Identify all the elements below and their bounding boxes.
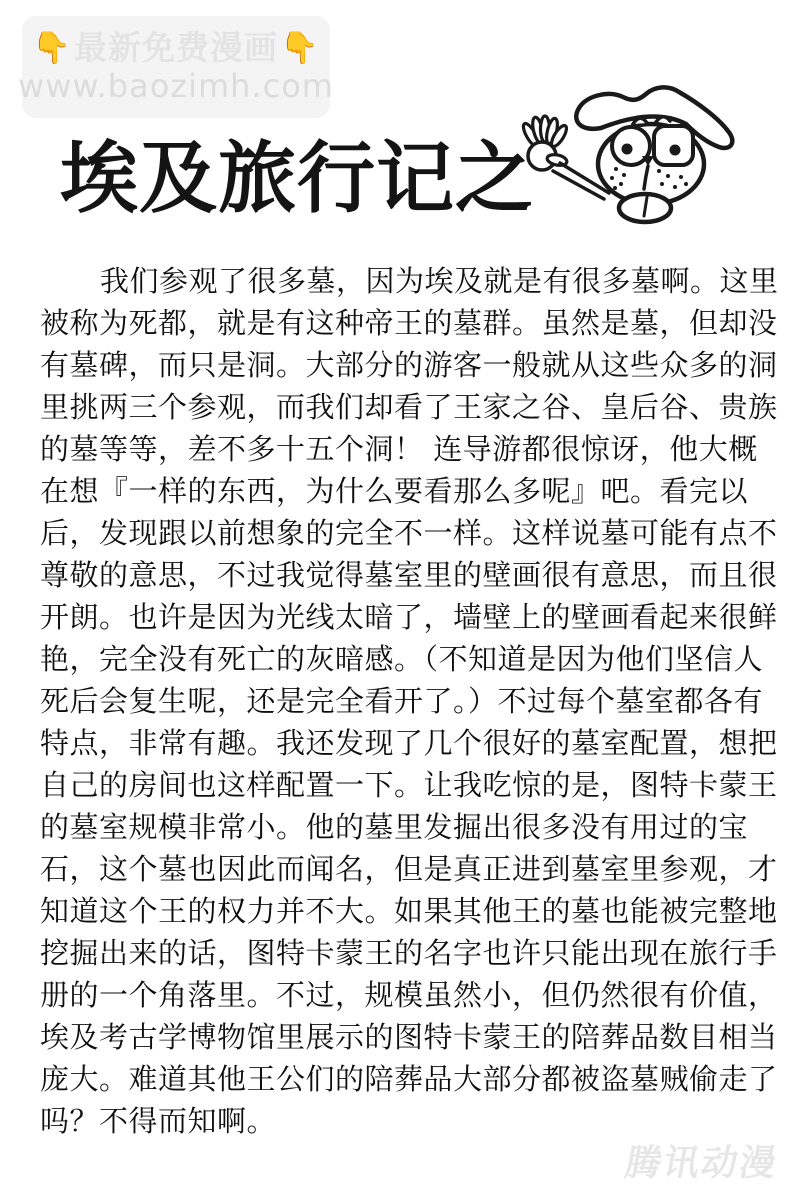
dog-eyebrow-left [633,118,647,124]
article-line: 石，这个墓也因此而闻名，但是真正进到墓室里参观，才 [40,848,754,890]
article-line: 被称为死都，就是有这种帝王的墓群。虽然是墓，但却没 [40,302,754,344]
article-line: 在想『一样的东西，为什么要看那么多呢』吧。看完以 [40,470,754,512]
waving-dog-doodle [505,76,790,261]
article-line: 有墓碑，而只是洞。大部分的游客一般就从这些众多的洞 [40,344,754,386]
pointing-down-emoji-icon: 👇 [32,31,72,65]
article-line: 挖掘出来的话，图特卡蒙王的名字也许只能出现在旅行手 [40,932,754,974]
article-line: 庞大。难道其他王公们的陪葬品大部分都被盗墓贼偷走了 [40,1058,754,1100]
article-line: 后，发现跟以前想象的完全不一样。这样说墓可能有点不 [40,512,754,554]
pointing-down-emoji-icon: 👇 [280,31,320,65]
article-line: 我们参观了很多墓，因为埃及就是有很多墓啊。这里 [40,260,754,302]
article-line: 知道这个王的权力并不大。如果其他王的墓也能被完整地 [40,890,754,932]
dog-pupil-right [670,145,681,156]
dog-pupil-left [622,144,633,155]
article-line: 特点，非常有趣。我还发现了几个很好的墓室配置，想把 [40,722,754,764]
article-line: 的墓室规模非常小。他的墓里发掘出很多没有用过的宝 [40,806,754,848]
article-text: 我们参观了很多墓，因为埃及就是有很多墓啊。这里被称为死都，就是有这种帝王的墓群。… [40,260,754,1142]
page-title: 埃及旅行记之 [60,116,534,228]
article-line: 的墓等等，差不多十五个洞！ 连导游都很惊讶，他大概 [40,428,754,470]
banner-site-url: www.baozimh.com [18,69,334,104]
publisher-watermark: 腾讯动漫 [621,1135,782,1186]
banner-promo-line: 👇 最新免费漫画 👇 [32,30,319,66]
article-line: 册的一个角落里。不过，规模虽然小，但仍然很有价值， [40,974,754,1016]
site-watermark-banner: 👇 最新免费漫画 👇 www.baozimh.com [22,16,330,118]
article-line: 自己的房间也这样配置一下。让我吃惊的是，图特卡蒙王 [40,764,754,806]
comic-page: { "page": { "background_color": "#ffffff… [0,0,790,1200]
article-line: 艳，完全没有死亡的灰暗感。（不知道是因为他们坚信人 [40,638,754,680]
article-line: 尊敬的意思，不过我觉得墓室里的壁画很有意思，而且很 [40,554,754,596]
article-line: 开朗。也许是因为光线太暗了，墙壁上的壁画看起来很鲜 [40,596,754,638]
banner-promo-text: 最新免费漫画 [74,30,278,66]
article-line: 死后会复生呢，还是完全看开了。）不过每个墓室都各有 [40,680,754,722]
dog-eyebrow-right [656,117,670,122]
article-line: 里挑两三个参观，而我们却看了王家之谷、皇后谷、贵族 [40,386,754,428]
article-line: 埃及考古学博物馆里展示的图特卡蒙王的陪葬品数目相当 [40,1016,754,1058]
